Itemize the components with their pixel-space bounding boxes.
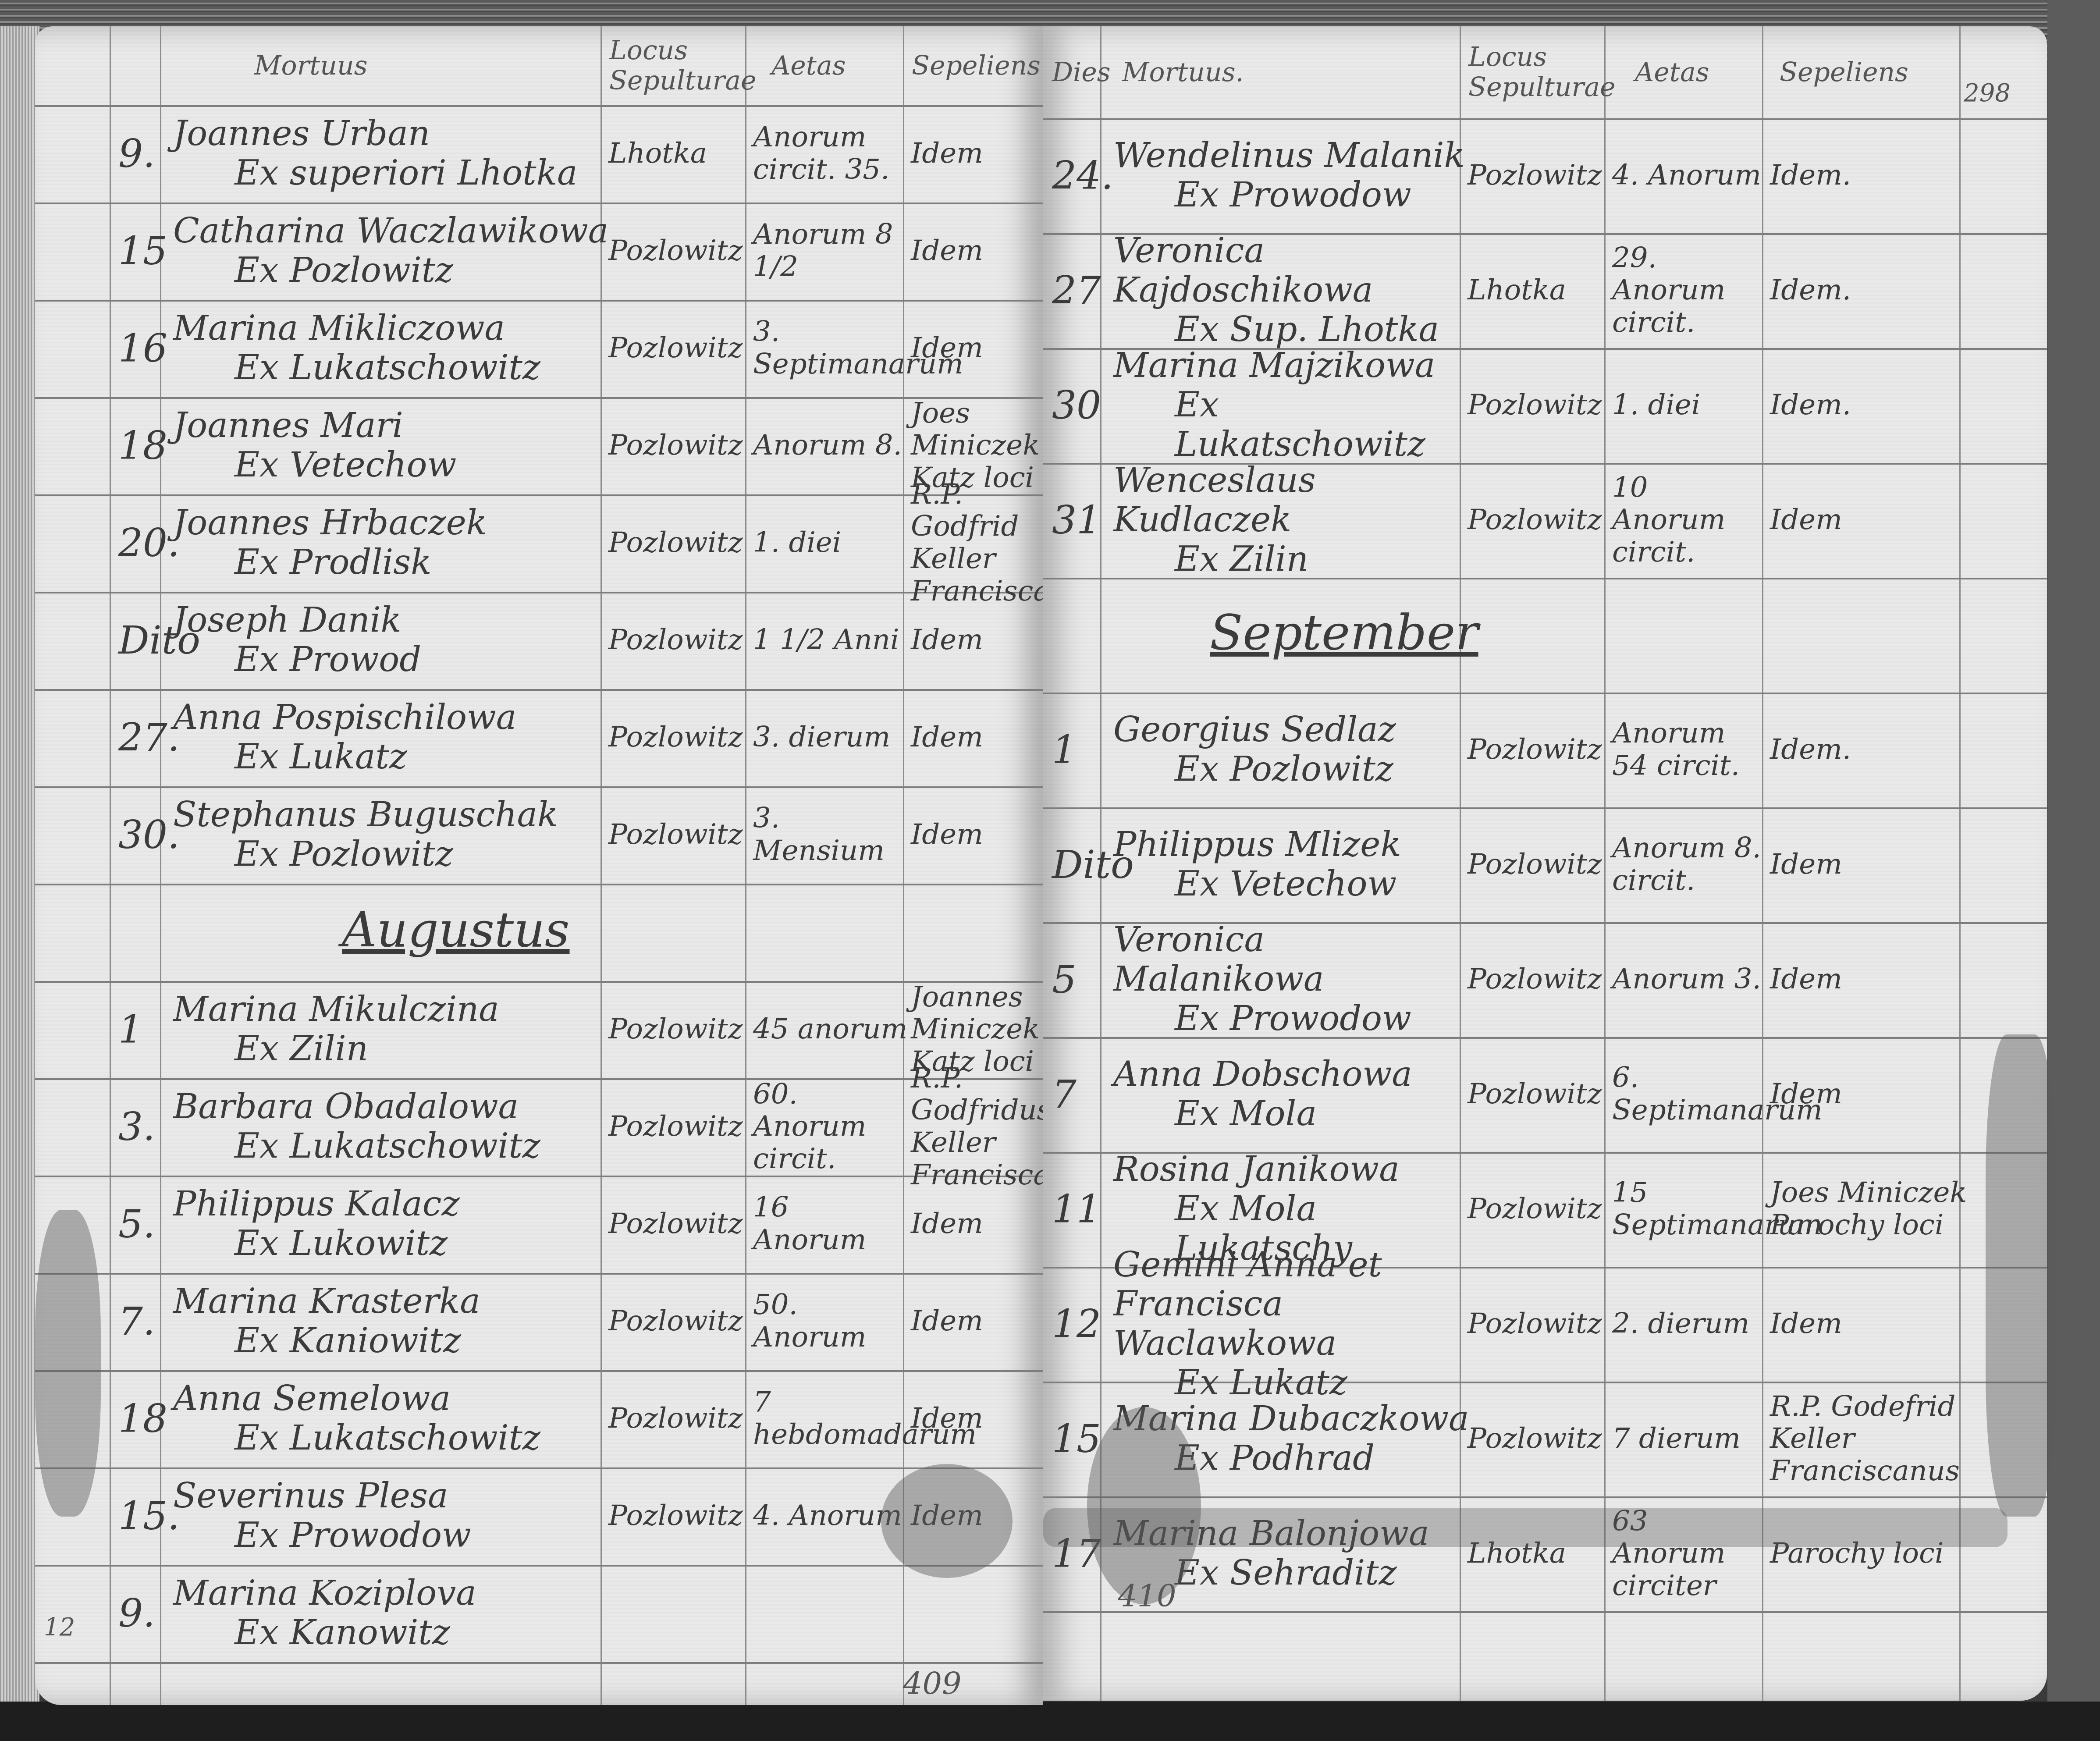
entry-burial-place: Pozlowitz	[601, 592, 753, 689]
deceased-name: Marina Majzikowa	[1113, 346, 1473, 386]
folio-number: 409	[903, 1666, 962, 1702]
deceased-origin: Ex Lukowitz	[173, 1224, 614, 1264]
entry-buried-by: Idem	[903, 300, 1042, 397]
deceased-origin: Ex Pozlowitz	[173, 835, 614, 874]
entry-deceased: Veronica MalanikowaEx Prowodow	[1100, 922, 1473, 1037]
entry-deceased: Philippus MlizekEx Vetechow	[1100, 807, 1473, 922]
right-page: Dies Mortuus. Locus Sepulturae Aetas Sep…	[1043, 26, 2047, 1701]
deceased-name: Anna Pospischilowa	[173, 698, 614, 738]
entry-deceased: Joannes HrbaczekEx Prodlisk	[160, 494, 614, 592]
entry-burial-place: Pozlowitz	[601, 786, 753, 884]
entry-burial-place: Pozlowitz	[601, 494, 753, 592]
deceased-name: Marina Mikulczina	[173, 990, 614, 1030]
deceased-name: Philippus Kalacz	[173, 1185, 614, 1224]
entry-burial-place: Pozlowitz	[601, 1273, 753, 1370]
entry-burial-place: Pozlowitz	[601, 1078, 753, 1176]
book-page-edges-left	[0, 26, 39, 1705]
entry-deceased: Stephanus BuguschakEx Pozlowitz	[160, 786, 614, 884]
entry-burial-place: Pozlowitz	[601, 1176, 753, 1273]
entry-burial-place: Pozlowitz	[601, 203, 753, 300]
month-heading-row: Augustus	[35, 884, 1043, 983]
entry-deceased: Wendelinus MalanikEx Prowodow	[1100, 118, 1473, 233]
entry-burial-place: Pozlowitz	[601, 1370, 753, 1467]
header-dies: Dies	[1052, 26, 1111, 118]
entry-buried-by: R.P. Godfridus Keller Franciscanus	[903, 1078, 1042, 1176]
register-entry: 30Marina MajzikowaEx LukatschowitzPozlow…	[1043, 348, 2047, 465]
deceased-name: Philippus Mlizek	[1113, 825, 1473, 865]
entry-burial-place: Pozlowitz	[1460, 693, 1612, 807]
entry-burial-place	[601, 1565, 753, 1662]
register-entry: 7.Marina KrasterkaEx KaniowitzPozlowitz5…	[35, 1273, 1043, 1372]
entry-burial-place: Pozlowitz	[1460, 1152, 1612, 1267]
header-row: Dies Mortuus. Locus Sepulturae Aetas Sep…	[1043, 26, 2047, 120]
entry-age: Anorum 8 1/2	[745, 203, 911, 300]
entry-age: 1 1/2 Anni	[745, 592, 911, 689]
header-row: Mortuus Locus Sepulturae Aetas Sepeliens	[35, 26, 1043, 107]
entry-deceased: Wenceslaus KudlaczekEx Zilin	[1100, 463, 1473, 578]
entry-burial-place: Pozlowitz	[1460, 1382, 1612, 1496]
entry-buried-by: Idem	[903, 1273, 1042, 1370]
entry-buried-by	[903, 1565, 1042, 1662]
header-sepeliens: Sepeliens	[912, 26, 1041, 105]
header-mortuus: Mortuus	[254, 26, 367, 105]
entry-deceased: Marina MajzikowaEx Lukatschowitz	[1100, 348, 1473, 463]
entry-age: 3. Septimanarum	[745, 300, 911, 397]
entry-buried-by: Idem	[903, 105, 1042, 203]
entry-deceased: Severinus PlesaEx Prowodow	[160, 1467, 614, 1565]
water-stain	[881, 1464, 1013, 1578]
register-entry: DitoJoseph DanikEx ProwodPozlowitz1 1/2 …	[35, 592, 1043, 691]
deceased-name: Joseph Danik	[173, 601, 614, 640]
entry-age: Anorum 8.	[745, 397, 911, 494]
entry-deceased: Catharina WaczlawikowaEx Pozlowitz	[160, 203, 614, 300]
margin-note: 12	[44, 1613, 75, 1642]
page-number: 298	[1964, 79, 2011, 107]
entry-burial-place: Pozlowitz	[1460, 118, 1612, 233]
register-entry: 5Veronica MalanikowaEx ProwodowPozlowitz…	[1043, 922, 2047, 1039]
register-entry: 5.Philippus KalaczEx LukowitzPozlowitz16…	[35, 1176, 1043, 1275]
entry-age: 60. Anorum circit.	[745, 1078, 911, 1176]
entry-deceased: Marina MikliczowaEx Lukatschowitz	[160, 300, 614, 397]
entry-age: Anorum 3.	[1604, 922, 1770, 1037]
entry-buried-by: Idem	[1762, 1037, 1967, 1152]
entry-burial-place: Pozlowitz	[1460, 807, 1612, 922]
entry-deceased: Georgius SedlazEx Pozlowitz	[1100, 693, 1473, 807]
water-stain	[35, 1210, 101, 1517]
entry-age: 45 anorum	[745, 981, 911, 1078]
entry-buried-by: Idem	[903, 592, 1042, 689]
deceased-origin: Ex Vetechow	[173, 446, 614, 485]
entry-age: 4. Anorum	[1604, 118, 1770, 233]
entry-burial-place: Pozlowitz	[1460, 1037, 1612, 1152]
entry-burial-place: Pozlowitz	[1460, 1267, 1612, 1382]
deceased-origin: Ex Lukatschowitz	[173, 1419, 614, 1458]
book-cover-bottom	[0, 1702, 2100, 1741]
deceased-name: Georgius Sedlaz	[1113, 711, 1473, 750]
month-heading-row: September	[1043, 578, 2047, 694]
deceased-origin: Ex Lukatschowitz	[173, 348, 614, 388]
register-entry: DitoPhilippus MlizekEx VetechowPozlowitz…	[1043, 807, 2047, 924]
deceased-name: Veronica Malanikowa	[1113, 920, 1473, 999]
entry-age: Anorum circit. 35.	[745, 105, 911, 203]
entry-age: 15 Septimanarum	[1604, 1152, 1770, 1267]
deceased-name: Veronica Kajdoschikowa	[1113, 231, 1473, 310]
entry-buried-by: Idem	[903, 689, 1042, 786]
deceased-origin: Ex Sup. Lhotka	[1113, 310, 1473, 350]
deceased-name: Anna Dobschowa	[1113, 1055, 1473, 1094]
entry-buried-by: R.P. Godefrid Keller Franciscanus	[1762, 1382, 1967, 1496]
entry-buried-by: Idem	[903, 203, 1042, 300]
entry-burial-place: Pozlowitz	[601, 981, 753, 1078]
deceased-name: Marina Mikliczowa	[173, 309, 614, 348]
deceased-origin: Ex Pozlowitz	[1113, 750, 1473, 789]
deceased-name: Joannes Urban	[173, 114, 614, 154]
entry-deceased: Anna SemelowaEx Lukatschowitz	[160, 1370, 614, 1467]
entry-deceased: Anna DobschowaEx Mola	[1100, 1037, 1473, 1152]
register-entry: 7Anna DobschowaEx MolaPozlowitz6. Septim…	[1043, 1037, 2047, 1154]
entry-age: 1. diei	[745, 494, 911, 592]
entry-burial-place: Pozlowitz	[601, 397, 753, 494]
entry-age: 3. Mensium	[745, 786, 911, 884]
deceased-origin: Ex Mola	[1113, 1094, 1473, 1134]
entry-burial-place: Pozlowitz	[601, 300, 753, 397]
register-entry: 1Marina MikulczinaEx ZilinPozlowitz45 an…	[35, 981, 1043, 1080]
month-heading: September	[1210, 604, 1478, 661]
deceased-origin: Ex Lukatschowitz	[173, 1127, 614, 1166]
deceased-origin: Ex Prodlisk	[173, 543, 614, 583]
register-entry: 24.Wendelinus MalanikEx ProwodowPozlowit…	[1043, 118, 2047, 235]
water-stain-streak	[1043, 1508, 2008, 1547]
entry-day: Dito	[1043, 807, 1109, 922]
month-heading: Augustus	[342, 902, 570, 958]
header-sepeliens: Sepeliens	[1780, 26, 1908, 118]
entry-age: Anorum 8. circit.	[1604, 807, 1770, 922]
entry-burial-place: Lhotka	[601, 105, 753, 203]
register-entry: 16Marina MikliczowaEx LukatschowitzPozlo…	[35, 300, 1043, 399]
entry-age: Anorum 54 circit.	[1604, 693, 1770, 807]
entry-day: 31	[1043, 463, 1109, 578]
entry-buried-by: Idem	[1762, 807, 1967, 922]
entry-burial-place: Pozlowitz	[1460, 922, 1612, 1037]
entry-buried-by: Idem	[1762, 463, 1967, 578]
register-entry: 30.Stephanus BuguschakEx PozlowitzPozlow…	[35, 786, 1043, 885]
deceased-origin: Ex Kanowitz	[173, 1613, 614, 1653]
register-entry: 27.Anna PospischilowaEx LukatzPozlowitz3…	[35, 689, 1043, 788]
entry-deceased: Philippus KalaczEx Lukowitz	[160, 1176, 614, 1273]
entry-deceased: Joannes MariEx Vetechow	[160, 397, 614, 494]
entry-deceased: Joseph DanikEx Prowod	[160, 592, 614, 689]
entry-age: 50. Anorum	[745, 1273, 911, 1370]
deceased-origin: Ex Vetechow	[1113, 865, 1473, 904]
entry-buried-by: Idem.	[1762, 233, 1967, 348]
deceased-name: Wenceslaus Kudlaczek	[1113, 461, 1473, 540]
entry-age: 6. Septimanarum	[1604, 1037, 1770, 1152]
entry-deceased: Marina KrasterkaEx Kaniowitz	[160, 1273, 614, 1370]
entry-deceased: Gemini Anna et Francisca WaclawkowaEx Lu…	[1100, 1267, 1473, 1382]
register-entry: 18Anna SemelowaEx LukatschowitzPozlowitz…	[35, 1370, 1043, 1469]
header-locus: Locus Sepulturae	[609, 26, 741, 105]
entry-day: 7	[1043, 1037, 1109, 1152]
entry-age: 3. dierum	[745, 689, 911, 786]
entry-buried-by: Idem.	[1762, 693, 1967, 807]
deceased-name: Anna Semelowa	[173, 1379, 614, 1419]
entry-burial-place: Pozlowitz	[1460, 348, 1612, 463]
header-aetas: Aetas	[771, 26, 846, 105]
entry-age: 16 Anorum	[745, 1176, 911, 1273]
entry-day: 27	[1043, 233, 1109, 348]
entry-day: 30	[1043, 348, 1109, 463]
water-stain	[1986, 1034, 2056, 1517]
entry-day: 1	[1043, 693, 1109, 807]
deceased-name: Wendelinus Malanik	[1113, 136, 1473, 176]
entry-day: 12	[1043, 1267, 1109, 1382]
register-entry: 15Catharina WaczlawikowaEx PozlowitzPozl…	[35, 203, 1043, 302]
entry-buried-by: Idem.	[1762, 118, 1967, 233]
deceased-name: Severinus Plesa	[173, 1477, 614, 1516]
entry-deceased: Anna PospischilowaEx Lukatz	[160, 689, 614, 786]
entry-deceased: Barbara ObadalowaEx Lukatschowitz	[160, 1078, 614, 1176]
deceased-origin: Ex Zilin	[173, 1030, 614, 1069]
entry-burial-place: Pozlowitz	[601, 1467, 753, 1565]
entry-buried-by: Idem	[1762, 1267, 1967, 1382]
deceased-origin: Ex Prowodow	[173, 1516, 614, 1556]
deceased-name: Barbara Obadalowa	[173, 1087, 614, 1127]
deceased-origin: Ex Kaniowitz	[173, 1322, 614, 1361]
deceased-origin: Ex Prowodow	[1113, 176, 1473, 215]
entry-burial-place: Pozlowitz	[1460, 463, 1612, 578]
entry-age: 2. dierum	[1604, 1267, 1770, 1382]
deceased-name: Marina Krasterka	[173, 1282, 614, 1322]
entry-age: 7 hebdomadarum	[745, 1370, 911, 1467]
left-page: Mortuus Locus Sepulturae Aetas Sepeliens…	[35, 26, 1043, 1705]
register-entry: 31Wenceslaus KudlaczekEx ZilinPozlowitz1…	[1043, 463, 2047, 579]
register-entry: 9.Joannes UrbanEx superiori LhotkaLhotka…	[35, 105, 1043, 204]
header-mortuus: Mortuus.	[1122, 26, 1244, 118]
deceased-origin: Ex superiori Lhotka	[173, 154, 614, 193]
entry-buried-by: Idem	[1762, 922, 1967, 1037]
entry-age: 7 dierum	[1604, 1382, 1770, 1496]
header-aetas: Aetas	[1635, 26, 1709, 118]
entry-buried-by: Idem	[903, 786, 1042, 884]
entry-buried-by: R.P. Godfrid Keller Franciscanus	[903, 494, 1042, 592]
deceased-origin: Ex Lukatschowitz	[1113, 386, 1473, 464]
book-cover-right	[2047, 0, 2100, 1741]
deceased-name: Marina Koziplova	[173, 1574, 614, 1613]
register-entry: 12Gemini Anna et Francisca WaclawkowaEx …	[1043, 1267, 2047, 1383]
entry-deceased: Marina KoziplovaEx Kanowitz	[160, 1565, 614, 1662]
entry-buried-by: Idem	[903, 1176, 1042, 1273]
entry-burial-place: Pozlowitz	[601, 689, 753, 786]
deceased-name: Rosina Janikowa	[1113, 1150, 1473, 1190]
entry-day: 11	[1043, 1152, 1109, 1267]
deceased-name: Stephanus Buguschak	[173, 796, 614, 835]
entry-deceased: Marina MikulczinaEx Zilin	[160, 981, 614, 1078]
deceased-origin: Ex Zilin	[1113, 540, 1473, 579]
entry-deceased: Joannes UrbanEx superiori Lhotka	[160, 105, 614, 203]
deceased-origin: Ex Prowodow	[1113, 999, 1473, 1039]
deceased-origin: Ex Lukatz	[173, 738, 614, 777]
entry-age: 1. diei	[1604, 348, 1770, 463]
deceased-name: Catharina Waczlawikowa	[173, 212, 614, 251]
deceased-origin: Ex Pozlowitz	[173, 251, 614, 291]
register-entry: 27Veronica KajdoschikowaEx Sup. LhotkaLh…	[1043, 233, 2047, 350]
deceased-name: Gemini Anna et Francisca Waclawkowa	[1113, 1246, 1473, 1364]
entry-age	[745, 1565, 911, 1662]
deceased-origin: Ex Prowod	[173, 640, 614, 680]
entry-age: 10 Anorum circit.	[1604, 463, 1770, 578]
register-entry: 3.Barbara ObadalowaEx LukatschowitzPozlo…	[35, 1078, 1043, 1177]
register-entry: 1Georgius SedlazEx PozlowitzPozlowitzAno…	[1043, 693, 2047, 809]
header-locus: Locus Sepulturae	[1468, 26, 1600, 118]
entry-day: 24.	[1043, 118, 1109, 233]
entry-buried-by: Idem	[903, 1370, 1042, 1467]
deceased-name: Joannes Mari	[173, 406, 614, 446]
entry-buried-by: Joes Miniczek Parochy loci	[1762, 1152, 1967, 1267]
deceased-name: Joannes Hrbaczek	[173, 504, 614, 543]
entry-deceased: Veronica KajdoschikowaEx Sup. Lhotka	[1100, 233, 1473, 348]
entry-day: 5	[1043, 922, 1109, 1037]
entry-buried-by: Idem.	[1762, 348, 1967, 463]
register-entry: 20.Joannes HrbaczekEx ProdliskPozlowitz1…	[35, 494, 1043, 593]
register-entry: 18Joannes MariEx VetechowPozlowitzAnorum…	[35, 397, 1043, 496]
entry-age: 29. Anorum circit.	[1604, 233, 1770, 348]
register-entry: 9.Marina KoziplovaEx Kanowitz	[35, 1565, 1043, 1664]
water-stain	[1087, 1407, 1201, 1604]
entry-burial-place: Lhotka	[1460, 233, 1612, 348]
